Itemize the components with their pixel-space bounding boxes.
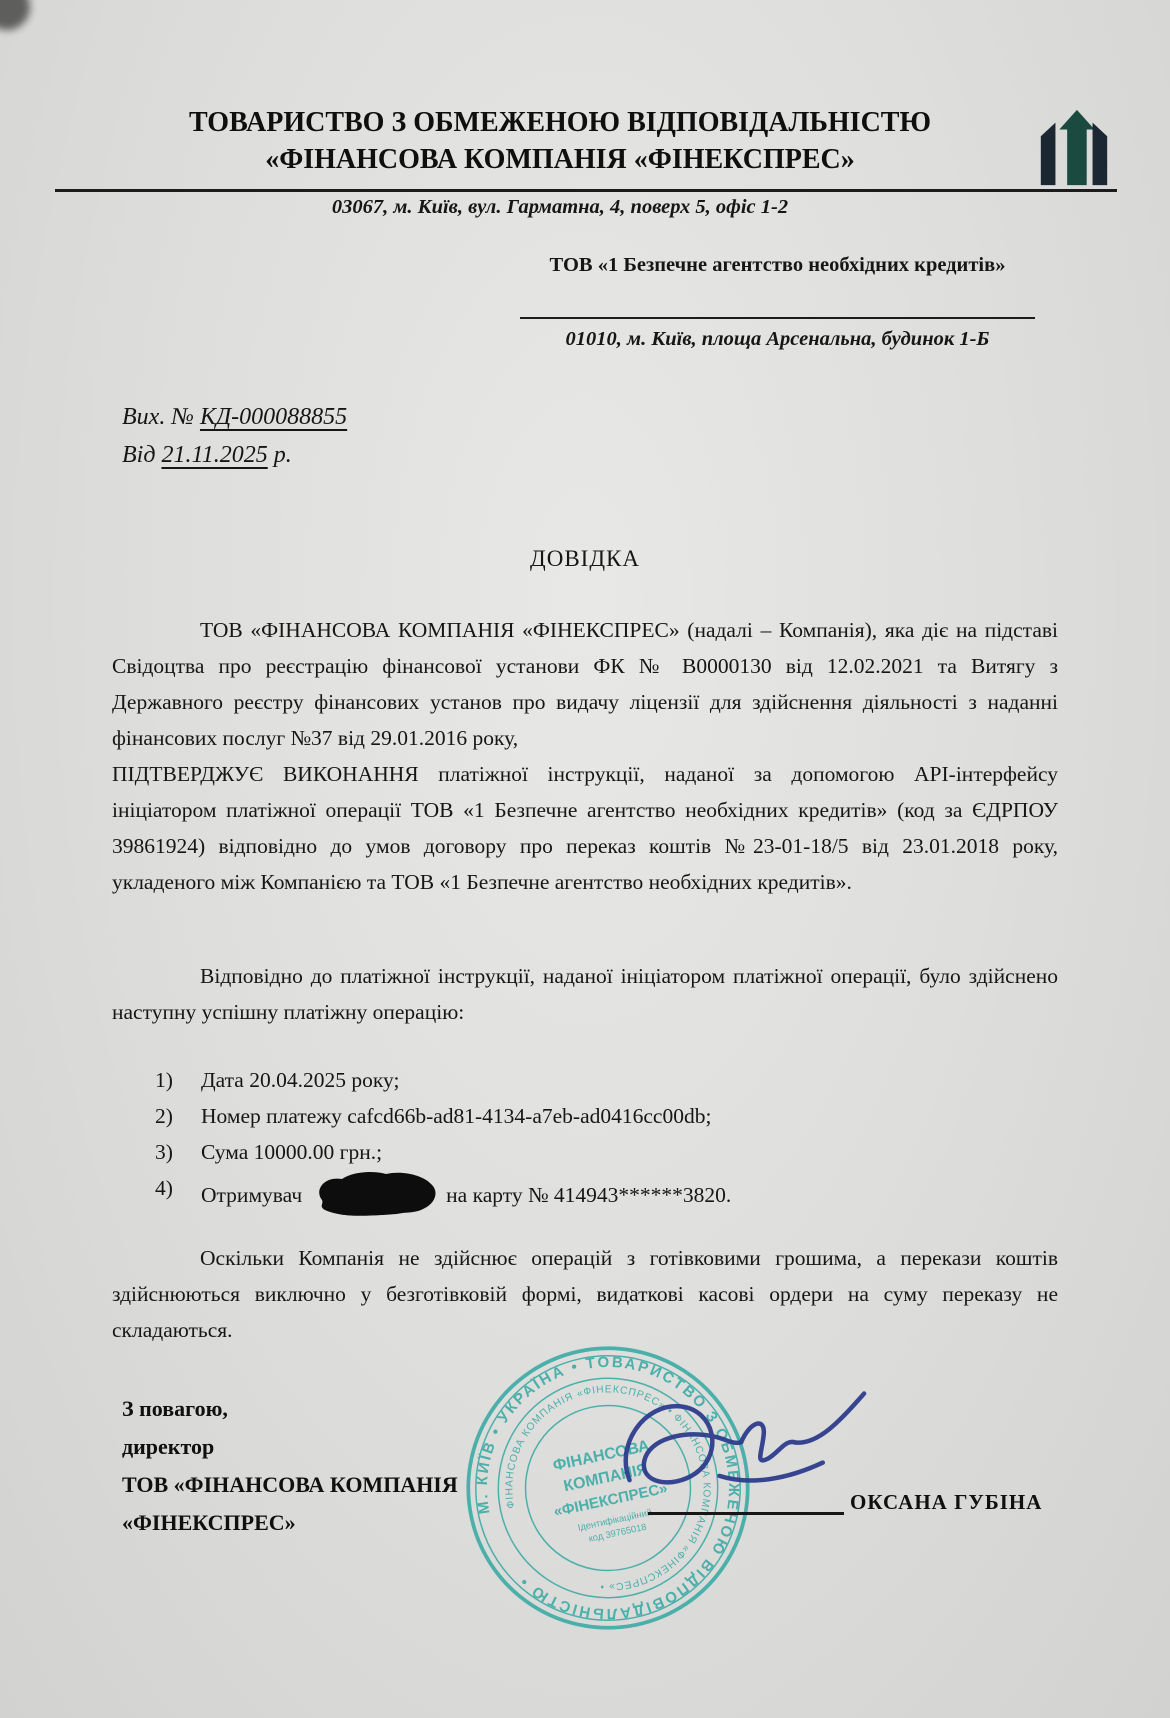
signature-greeting: З повагою,: [122, 1390, 458, 1428]
operation-list: 1) Дата 20.04.2025 року; 2) Номер платеж…: [155, 1062, 1057, 1216]
outgoing-date: Від 21.11.2025 р.: [122, 442, 292, 469]
list-item: 3) Сума 10000.00 грн.;: [155, 1134, 1057, 1170]
company-logo-icon: [1033, 106, 1115, 190]
list-item: 4) Отримувачна карту № 414943******3820.: [155, 1170, 1057, 1216]
list-item-number: 2): [155, 1098, 201, 1134]
company-address: 03067, м. Київ, вул. Гарматна, 4, поверх…: [120, 196, 1000, 219]
recipient-name: ТОВ «1 Безпечне агентство необхідних кре…: [520, 254, 1035, 277]
company-name-line2: «ФІНАНСОВА КОМПАНІЯ «ФІНЕКСПРЕС»: [120, 141, 1000, 178]
outgoing-date-suffix: р.: [268, 442, 292, 468]
document-page: ТОВАРИСТВО З ОБМЕЖЕНОЮ ВІДПОВІДАЛЬНІСТЮ …: [0, 0, 1170, 1718]
recipient-divider: [520, 317, 1035, 319]
list-item: 2) Номер платежу cafcd66b-ad81-4134-a7eb…: [155, 1098, 1057, 1134]
scan-corner-artifact: [0, 0, 30, 30]
signer-position: директор: [122, 1428, 458, 1466]
paragraph-1: ТОВ «ФІНАНСОВА КОМПАНІЯ «ФІНЕКСПРЕС» (на…: [112, 612, 1058, 756]
signature-ink: [585, 1365, 905, 1542]
header-divider: [55, 189, 1117, 192]
paragraph-4: Оскільки Компанія не здійснює операцій з…: [112, 1240, 1058, 1348]
list-item-text: Сума 10000.00 грн.;: [201, 1134, 382, 1170]
signature-titles: З повагою, директор ТОВ «ФІНАНСОВА КОМПА…: [122, 1390, 458, 1542]
list-item-text: Отримувачна карту № 414943******3820.: [201, 1170, 731, 1216]
signer-company-line2: «ФІНЕКСПРЕС»: [122, 1504, 458, 1542]
outgoing-number: Вих. № КД-000088855: [122, 404, 347, 431]
list-item-number: 4): [155, 1170, 201, 1216]
list-item-number: 3): [155, 1134, 201, 1170]
list-item-text: Номер платежу cafcd66b-ad81-4134-a7eb-ad…: [201, 1098, 711, 1134]
redaction-blob: [312, 1170, 440, 1216]
list-item-text: Дата 20.04.2025 року;: [201, 1062, 399, 1098]
document-title: ДОВІДКА: [112, 546, 1058, 572]
body-intro: ТОВ «ФІНАНСОВА КОМПАНІЯ «ФІНЕКСПРЕС» (на…: [112, 612, 1058, 900]
recipient-prefix: Отримувач: [201, 1183, 302, 1207]
outgoing-date-value: 21.11.2025: [161, 442, 267, 468]
outgoing-number-label: Вих. №: [122, 404, 200, 430]
paragraph-3: Відповідно до платіжної інструкції, нада…: [112, 958, 1058, 1030]
list-item: 1) Дата 20.04.2025 року;: [155, 1062, 1057, 1098]
body-operation-intro: Відповідно до платіжної інструкції, нада…: [112, 958, 1058, 1030]
signer-company-line1: ТОВ «ФІНАНСОВА КОМПАНІЯ: [122, 1466, 458, 1504]
company-name-line1: ТОВАРИСТВО З ОБМЕЖЕНОЮ ВІДПОВІДАЛЬНІСТЮ: [120, 104, 1000, 141]
outgoing-number-value: КД-000088855: [200, 404, 347, 430]
body-closing: Оскільки Компанія не здійснює операцій з…: [112, 1240, 1058, 1348]
paragraph-2: ПІДТВЕРДЖУЄ ВИКОНАННЯ платіжної інструкц…: [112, 756, 1058, 900]
recipient-address: 01010, м. Київ, площа Арсенальна, будино…: [520, 328, 1035, 351]
list-item-number: 1): [155, 1062, 201, 1098]
outgoing-date-label: Від: [122, 442, 161, 468]
company-header: ТОВАРИСТВО З ОБМЕЖЕНОЮ ВІДПОВІДАЛЬНІСТЮ …: [120, 104, 1000, 178]
card-number-text: на карту № 414943******3820.: [446, 1183, 731, 1207]
